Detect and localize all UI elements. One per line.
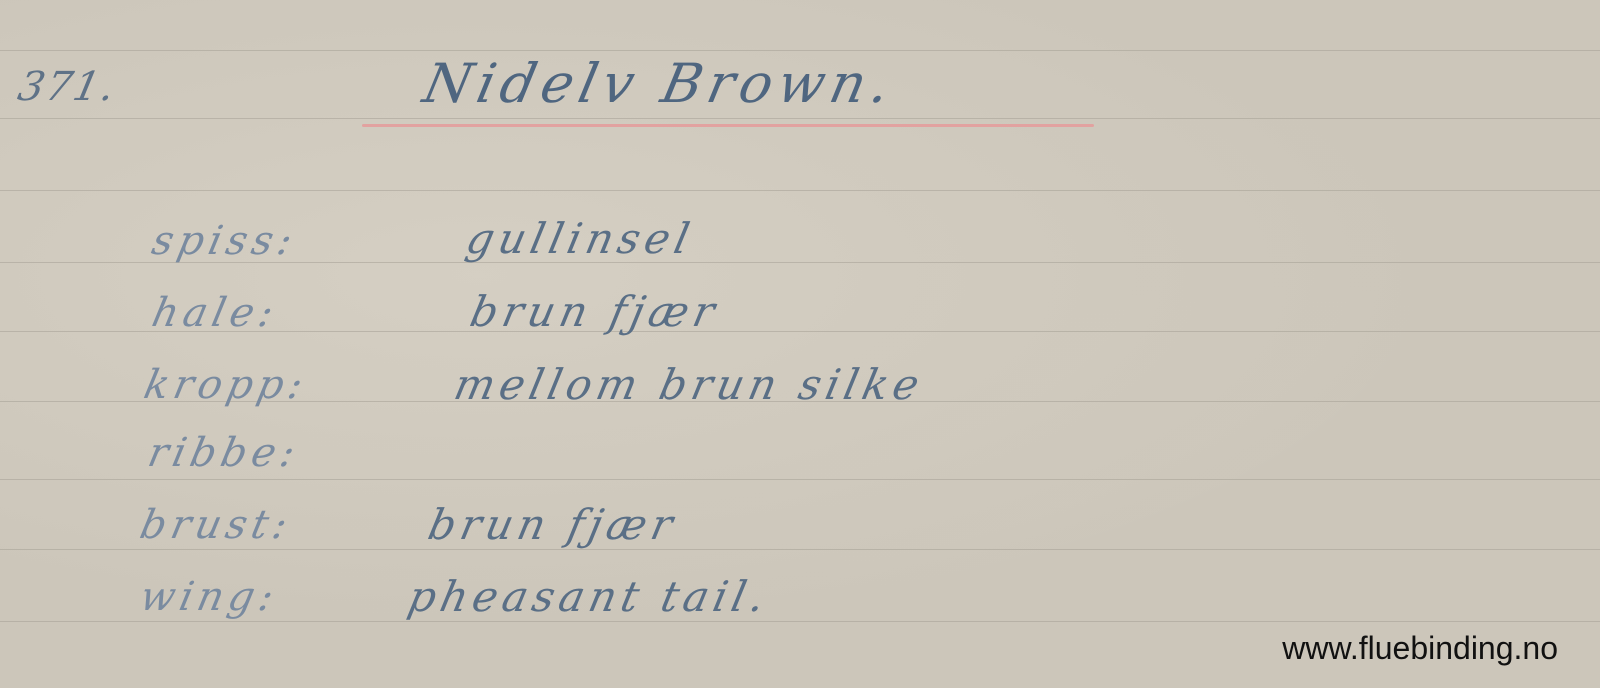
title-underline xyxy=(362,124,1094,127)
field-value-kropp: mellom brun silke xyxy=(450,360,929,409)
field-label-kropp: kropp: xyxy=(140,362,312,408)
handwritten-ledger-page: 371. Nidelv Brown. spiss: hale: kropp: r… xyxy=(0,0,1600,688)
field-value-brust: brun fjær xyxy=(424,500,682,549)
entry-number: 371. xyxy=(14,64,121,110)
ruled-line xyxy=(0,190,1600,191)
field-label-ribbe: ribbe: xyxy=(144,430,304,476)
field-value-hale: brun fjær xyxy=(466,287,724,336)
field-label-wing: wing: xyxy=(136,574,283,620)
field-value-spiss: gullinsel xyxy=(462,214,699,263)
fly-pattern-title: Nidelv Brown. xyxy=(418,52,902,115)
ruled-line xyxy=(0,549,1600,550)
website-watermark: www.fluebinding.no xyxy=(1282,630,1558,667)
ruled-line xyxy=(0,479,1600,480)
ruled-line xyxy=(0,118,1600,119)
ruled-line xyxy=(0,621,1600,622)
field-label-spiss: spiss: xyxy=(148,218,301,264)
ruled-line xyxy=(0,50,1600,51)
field-value-wing: pheasant tail. xyxy=(404,572,774,621)
field-label-hale: hale: xyxy=(148,290,282,336)
field-label-brust: brust: xyxy=(136,502,296,548)
